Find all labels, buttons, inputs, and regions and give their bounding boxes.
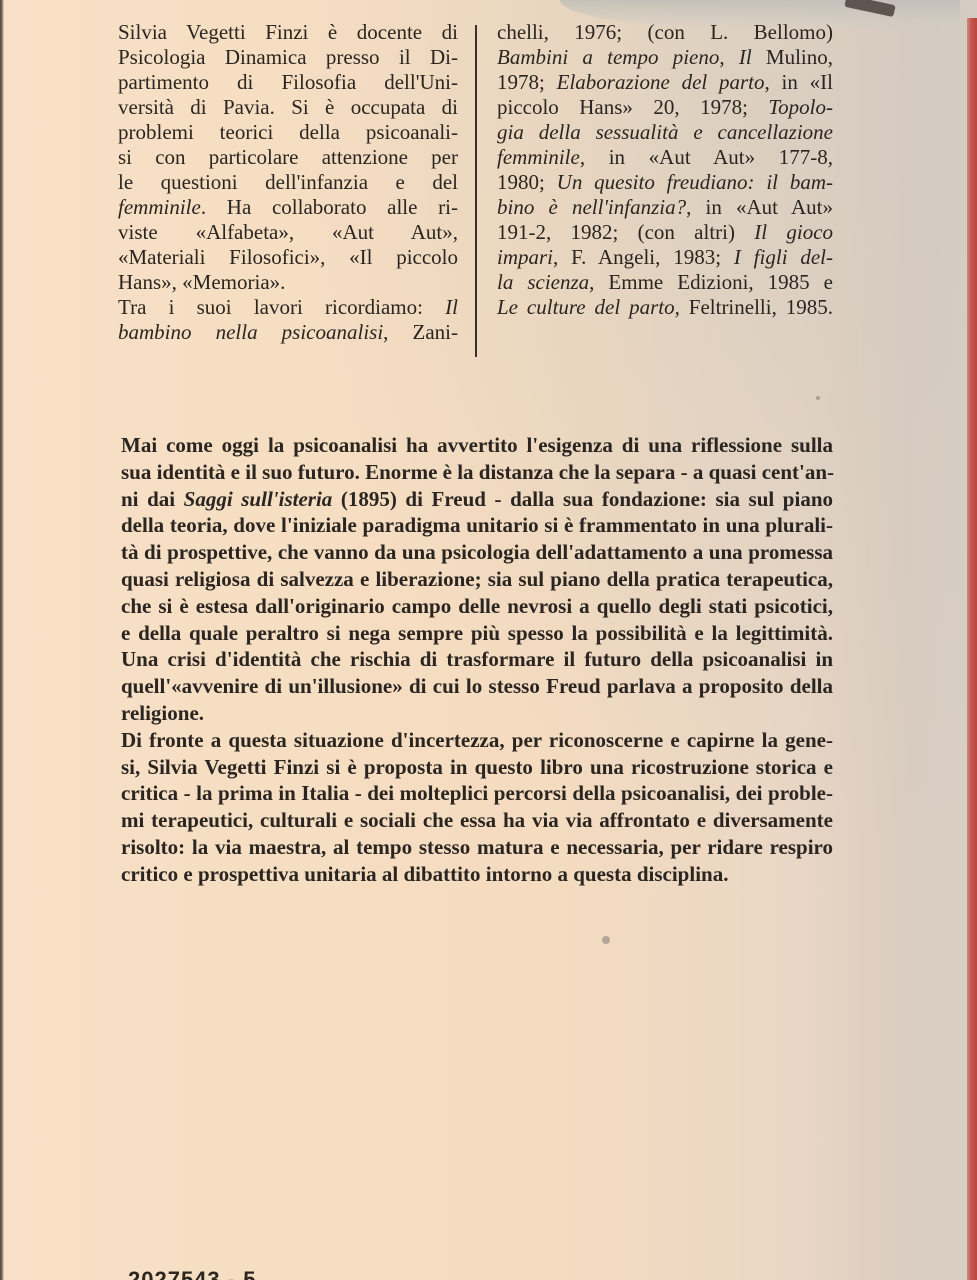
author-bio-right-column: chelli, 1976; (con L. Bellomo) Bambini a… bbox=[497, 20, 833, 320]
bio-line: si con particolare attenzione per bbox=[118, 145, 458, 170]
blurb-line: critica - la prima in Italia - dei molte… bbox=[121, 780, 833, 807]
blurb-line: si, Silvia Vegetti Finzi si è proposta i… bbox=[121, 754, 833, 781]
column-divider bbox=[475, 25, 477, 357]
blurb-line: Di fronte a questa situazione d'incertez… bbox=[121, 727, 833, 754]
bio-line: partimento di Filosofia dell'Uni- bbox=[118, 70, 458, 95]
author-bio-left-column: Silvia Vegetti Finzi è docente di Psicol… bbox=[118, 20, 458, 345]
paper-speck bbox=[602, 936, 610, 944]
bio-line: Bambini a tempo pieno, Il Mulino, bbox=[497, 45, 833, 70]
blurb-line: quasi religiosa di salvezza e liberazion… bbox=[121, 566, 833, 593]
bio-line: impari, F. Angeli, 1983; I figli del- bbox=[497, 245, 833, 270]
bio-line: «Materiali Filosofici», «Il piccolo bbox=[118, 245, 458, 270]
bio-line: 1978; Elaborazione del parto, in «Il bbox=[497, 70, 833, 95]
blurb-line: sua identità e il suo futuro. Enorme è l… bbox=[121, 459, 833, 486]
blurb-line: risolto: la via maestra, al tempo stesso… bbox=[121, 834, 833, 861]
bio-line: 1980; Un quesito freudiano: il bam- bbox=[497, 170, 833, 195]
bio-line: le questioni dell'infanzia e del bbox=[118, 170, 458, 195]
bio-line: la scienza, Emme Edizioni, 1985 e bbox=[497, 270, 833, 295]
bio-line: bambino nella psicoanalisi, Zani- bbox=[118, 320, 458, 345]
bio-line: bino è nell'infanzia?, in «Aut Aut» bbox=[497, 195, 833, 220]
book-back-cover: Silvia Vegetti Finzi è docente di Psicol… bbox=[0, 0, 977, 1280]
book-blurb: Mai come oggi la psicoanalisi ha avverti… bbox=[121, 432, 833, 888]
blurb-line: mi terapeutici, culturali e sociali che … bbox=[121, 807, 833, 834]
bio-line: viste «Alfabeta», «Aut Aut», bbox=[118, 220, 458, 245]
blurb-line: Una crisi d'identità che rischia di tras… bbox=[121, 646, 833, 673]
bio-line: femminile, in «Aut Aut» 177-8, bbox=[497, 145, 833, 170]
bio-line: Hans», «Memoria». bbox=[118, 270, 458, 295]
bio-line: chelli, 1976; (con L. Bellomo) bbox=[497, 20, 833, 45]
bio-line: Le culture del parto, Feltrinelli, 1985. bbox=[497, 295, 833, 320]
red-spine-edge bbox=[967, 18, 977, 1280]
bio-line: 191-2, 1982; (con altri) Il gioco bbox=[497, 220, 833, 245]
bio-line: versità di Pavia. Si è occupata di bbox=[118, 95, 458, 120]
blurb-line: della teoria, dove l'iniziale paradigma … bbox=[121, 512, 833, 539]
blurb-line: ni dai Saggi sull'isteria (1895) di Freu… bbox=[121, 486, 833, 513]
bio-line: problemi teorici della psicoanali- bbox=[118, 120, 458, 145]
bio-line: Silvia Vegetti Finzi è docente di bbox=[118, 20, 458, 45]
bio-line: femminile. Ha collaborato alle ri- bbox=[118, 195, 458, 220]
catalog-code-partial: 2027543 - 5 bbox=[128, 1268, 256, 1280]
bio-line: gia della sessualità e cancellazione bbox=[497, 120, 833, 145]
cover-left-edge bbox=[0, 0, 4, 1280]
blurb-line: critico e prospettiva unitaria al dibatt… bbox=[121, 861, 833, 888]
blurb-line: che si è estesa dall'originario campo de… bbox=[121, 593, 833, 620]
bio-line: Tra i suoi lavori ricordiamo: Il bbox=[118, 295, 458, 320]
bio-line: Psicologia Dinamica presso il Di- bbox=[118, 45, 458, 70]
bio-line: piccolo Hans» 20, 1978; Topolo- bbox=[497, 95, 833, 120]
blurb-line: quell'«avvenire di un'illusione» di cui … bbox=[121, 673, 833, 700]
blurb-line: Mai come oggi la psicoanalisi ha avverti… bbox=[121, 432, 833, 459]
paper-speck bbox=[816, 396, 820, 400]
blurb-line: e della quale peraltro si nega sempre pi… bbox=[121, 620, 833, 647]
blurb-line: tà di prospettive, che vanno da una psic… bbox=[121, 539, 833, 566]
blurb-line: religione. bbox=[121, 700, 833, 727]
